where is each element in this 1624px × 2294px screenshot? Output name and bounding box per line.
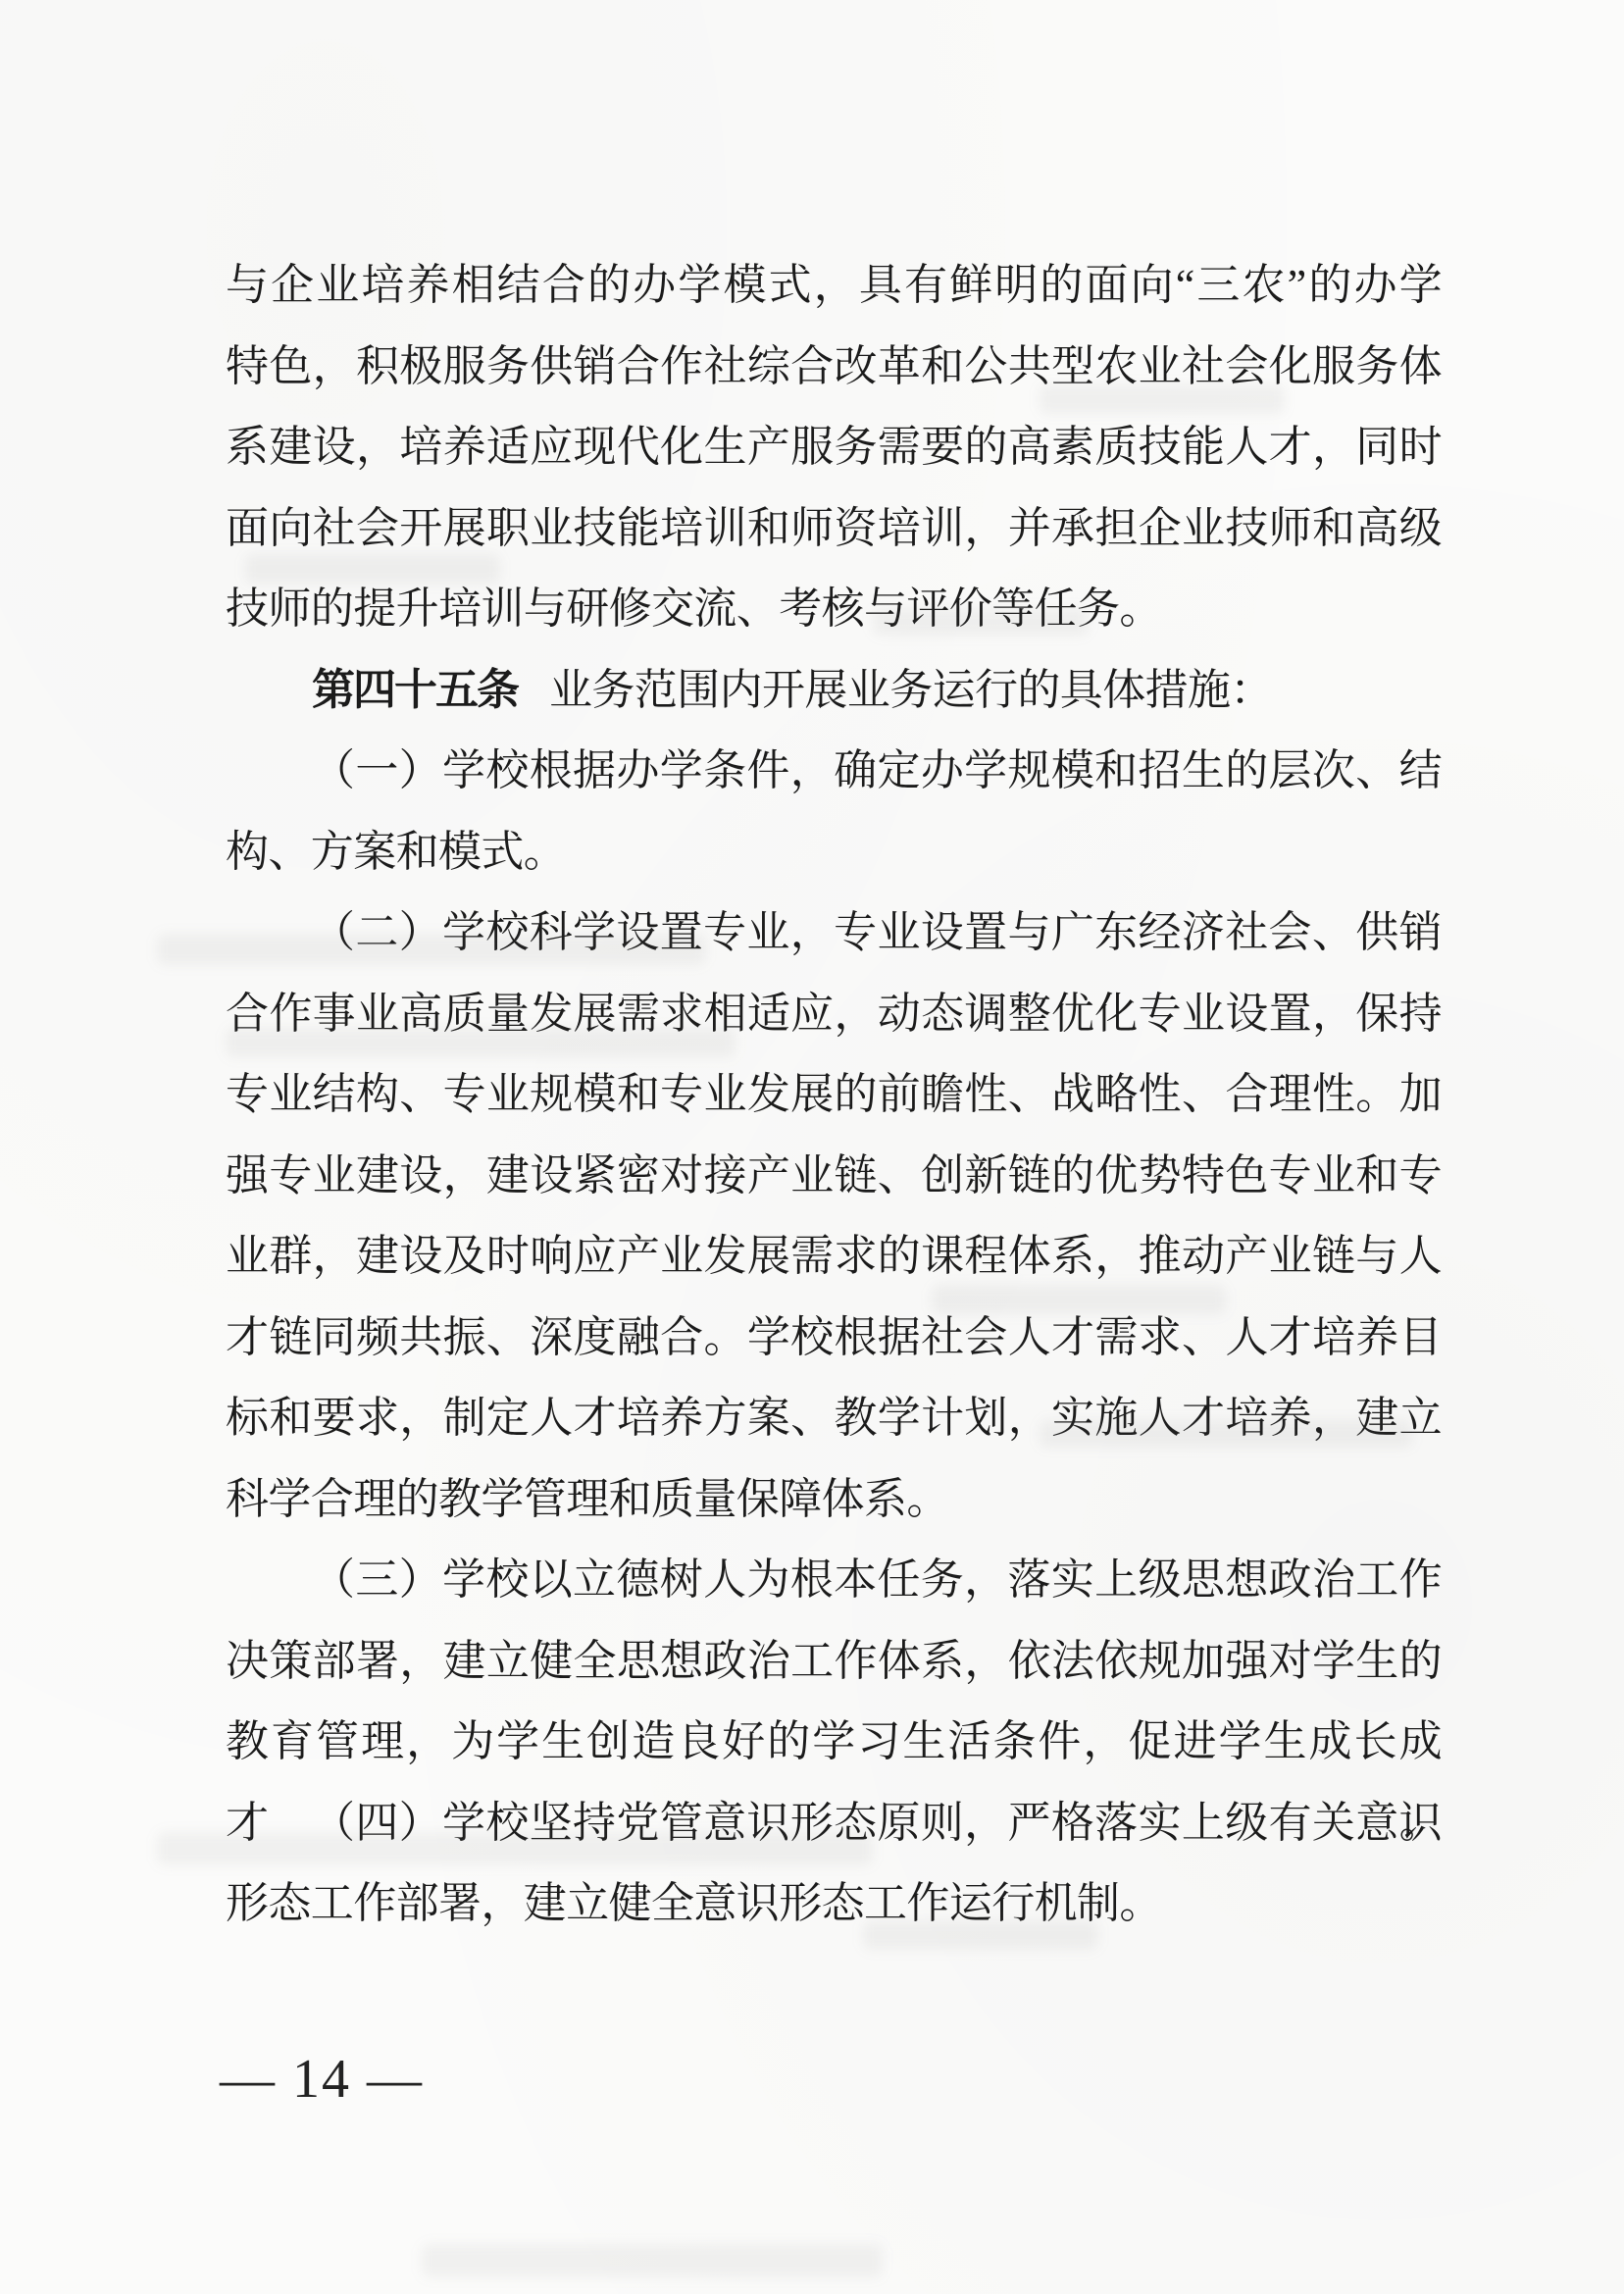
body-line: （四）学校坚持党管意识形态原则，严格落实上级有关意识 (226, 1783, 1442, 1864)
body-line: 合作事业高质量发展需求相适应，动态调整优化专业设置，保持 (226, 974, 1442, 1055)
body-line: 教育管理，为学生创造良好的学习生活条件，促进学生成长成才。 (226, 1702, 1442, 1783)
body-line: 专业结构、专业规模和专业发展的前瞻性、战略性、合理性。加 (226, 1054, 1442, 1136)
body-line: 标和要求，制定人才培养方案、教学计划，实施人才培养，建立 (226, 1378, 1442, 1459)
bleedthrough-artifact (422, 2244, 883, 2277)
body-line: 技师的提升培训与研修交流、考核与评价等任务。 (226, 569, 1442, 650)
body-line: （一）学校根据办学条件，确定办学规模和招生的层次、结 (226, 731, 1442, 812)
body-line: （三）学校以立德树人为根本任务，落实上级思想政治工作 (226, 1540, 1442, 1621)
article-title-text: 业务范围内开展业务运行的具体措施： (549, 666, 1273, 714)
body-line: 面向社会开展职业技能培训和师资培训，并承担企业技师和高级 (226, 488, 1442, 570)
body-line: 科学合理的教学管理和质量保障体系。 (226, 1459, 1442, 1541)
article-45-heading: 第四十五条业务范围内开展业务运行的具体措施： (226, 650, 1442, 732)
body-line: 决策部署，建立健全思想政治工作体系，依法依规加强对学生的 (226, 1621, 1442, 1703)
body-line: 才链同频共振、深度融合。学校根据社会人才需求、人才培养目 (226, 1298, 1442, 1379)
body-line: 与企业培养相结合的办学模式，具有鲜明的面向“三农”的办学 (226, 245, 1442, 327)
document-page: 与企业培养相结合的办学模式，具有鲜明的面向“三农”的办学 特色，积极服务供销合作… (0, 0, 1624, 2294)
article-number-label: 第四十五条 (312, 666, 518, 714)
document-text: 与企业培养相结合的办学模式，具有鲜明的面向“三农”的办学 特色，积极服务供销合作… (226, 245, 1442, 1945)
body-line: 业群，建设及时响应产业发展需求的课程体系，推动产业链与人 (226, 1216, 1442, 1298)
body-line: 构、方案和模式。 (226, 812, 1442, 893)
body-line: 形态工作部署，建立健全意识形态工作运行机制。 (226, 1863, 1442, 1945)
body-line: 特色，积极服务供销合作社综合改革和公共型农业社会化服务体 (226, 327, 1442, 408)
body-line: （二）学校科学设置专业，专业设置与广东经济社会、供销 (226, 892, 1442, 974)
body-line: 系建设，培养适应现代化生产服务需要的高素质技能人才，同时 (226, 407, 1442, 488)
body-line: 强专业建设，建设紧密对接产业链、创新链的优势特色专业和专 (226, 1136, 1442, 1217)
page-number: — 14 — (220, 2048, 424, 2111)
